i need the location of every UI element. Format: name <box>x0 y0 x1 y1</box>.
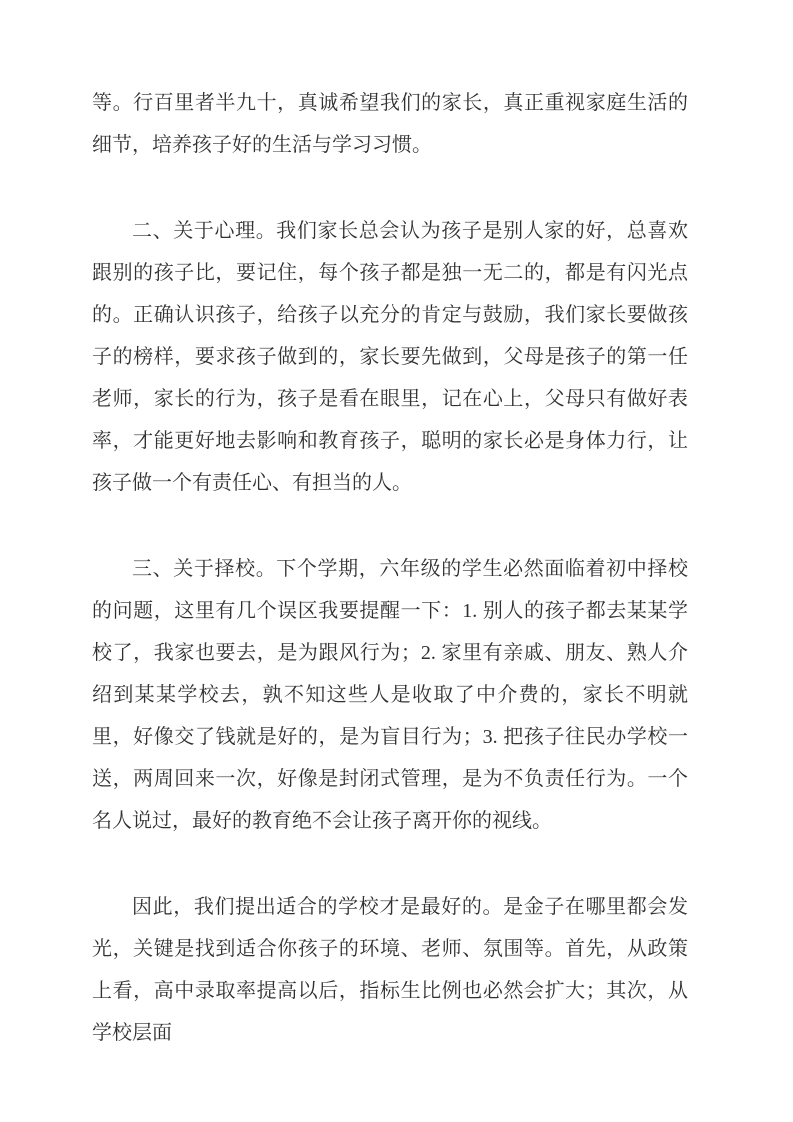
paragraph-section-three-school-choice: 三、关于择校。下个学期，六年级的学生必然面临着初中择校的问题，这里有几个误区我要… <box>92 548 688 842</box>
paragraph-continuation-habits: 等。行百里者半九十，真诚希望我们的家长，真正重视家庭生活的细节，培养孩子好的生活… <box>92 82 688 166</box>
document-page: 等。行百里者半九十，真诚希望我们的家长，真正重视家庭生活的细节，培养孩子好的生活… <box>0 0 793 1122</box>
document-body: 等。行百里者半九十，真诚希望我们的家长，真正重视家庭生活的细节，培养孩子好的生活… <box>92 82 688 1054</box>
paragraph-section-two-psychology: 二、关于心理。我们家长总会认为孩子是别人家的好，总喜欢跟别的孩子比，要记住，每个… <box>92 210 688 504</box>
paragraph-conclusion-suitable-school: 因此，我们提出适合的学校才是最好的。是金子在哪里都会发光，关键是找到适合你孩子的… <box>92 886 688 1054</box>
